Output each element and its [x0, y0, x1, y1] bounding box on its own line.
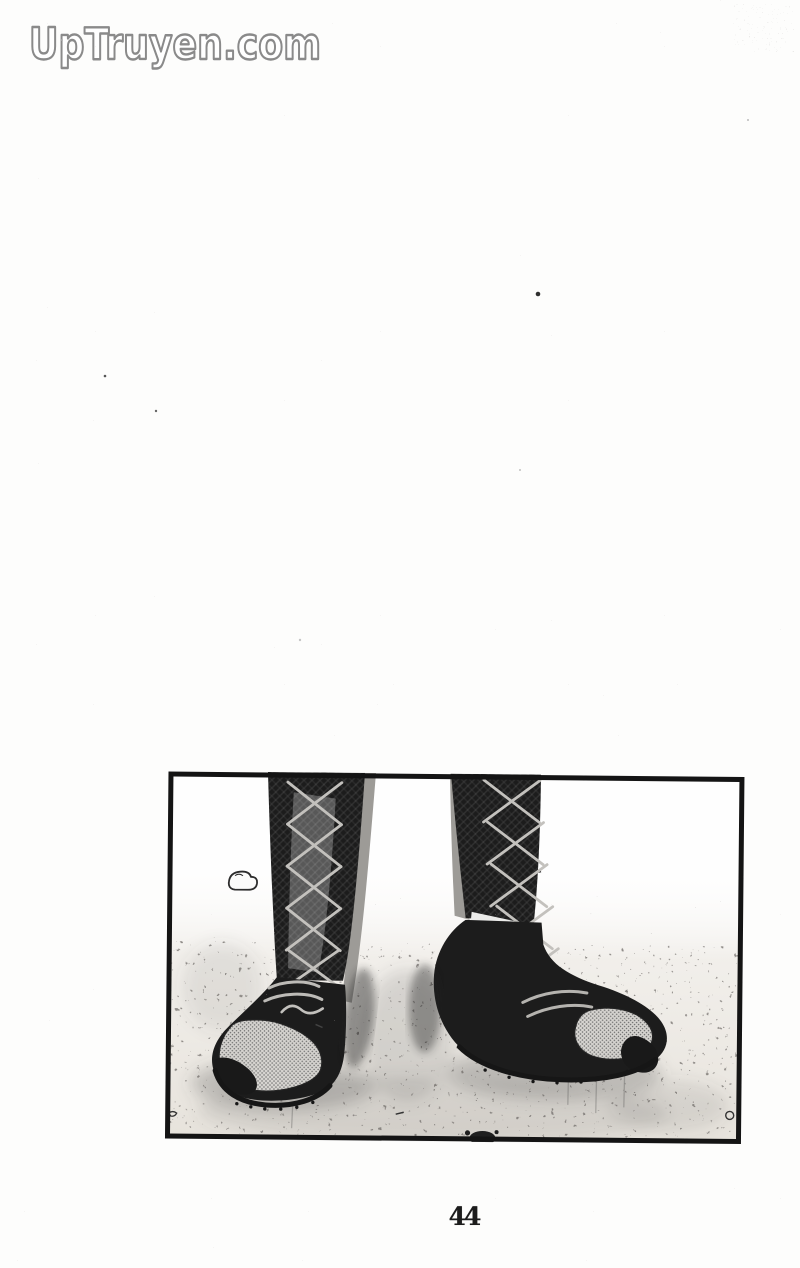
watermark-text: UpTruyen.com: [29, 19, 321, 70]
manga-page: UpTruyen.com: [0, 0, 800, 1268]
ink-specks: [61, 39, 749, 641]
boots-illustration: [164, 771, 745, 1145]
panel-artwork: [164, 771, 745, 1145]
corner-noise-patch: [733, 4, 795, 52]
watermark-logo: UpTruyen.com: [26, 13, 328, 81]
page-number: 44: [436, 1202, 492, 1231]
manga-panel: [164, 771, 745, 1149]
watermark-svg: UpTruyen.com: [26, 13, 328, 77]
